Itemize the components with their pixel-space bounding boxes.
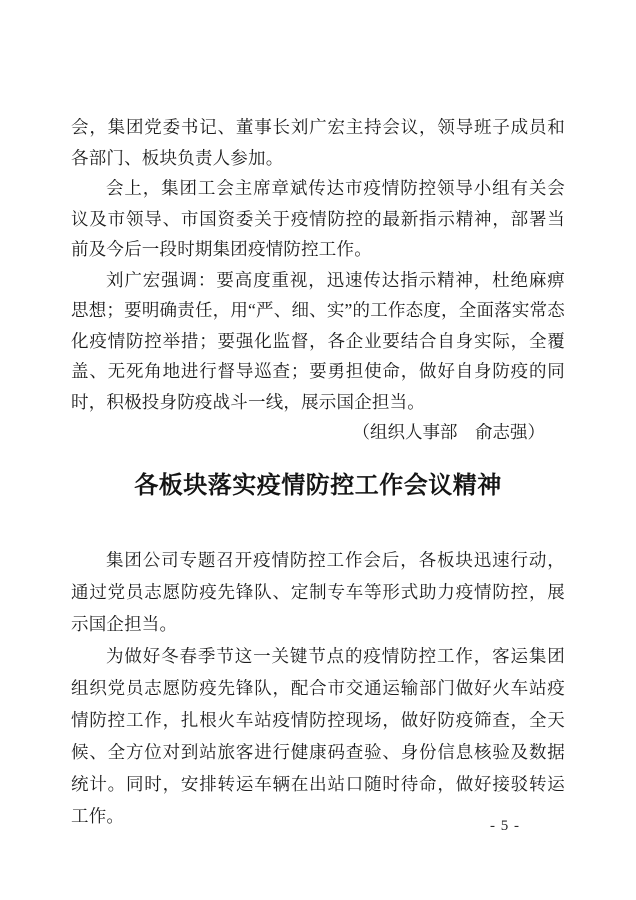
page-number: - 5 - <box>490 817 520 835</box>
attribution-line: （组织人事部 俞志强） <box>71 417 565 448</box>
paragraph-continuation: 会，集团党委书记、董事长刘广宏主持会议，领导班子成员和各部门、板块负责人参加。 <box>71 112 565 173</box>
document-page: 会，集团党委书记、董事长刘广宏主持会议，领导班子成员和各部门、板块负责人参加。 … <box>0 0 636 900</box>
paragraph-boards-action: 集团公司专题召开疫情防控工作会后，各板块迅速行动，通过党员志愿防疫先锋队、定制专… <box>71 544 565 640</box>
paragraph-chairman-remarks: 刘广宏强调：要高度重视，迅速传达指示精神，杜绝麻痹思想；要明确责任，用“严、细、… <box>71 265 565 418</box>
page-content: 会，集团党委书记、董事长刘广宏主持会议，领导班子成员和各部门、板块负责人参加。 … <box>71 112 565 832</box>
article-title: 各板块落实疫情防控工作会议精神 <box>71 469 565 503</box>
paragraph-station-prevention: 为做好冬春季节这一关键节点的疫情防控工作，客运集团组织党员志愿防疫先锋队，配合市… <box>71 640 565 832</box>
paragraph-meeting-relay: 会上，集团工会主席章斌传达市疫情防控领导小组有关会议及市领导、市国资委关于疫情防… <box>71 173 565 265</box>
